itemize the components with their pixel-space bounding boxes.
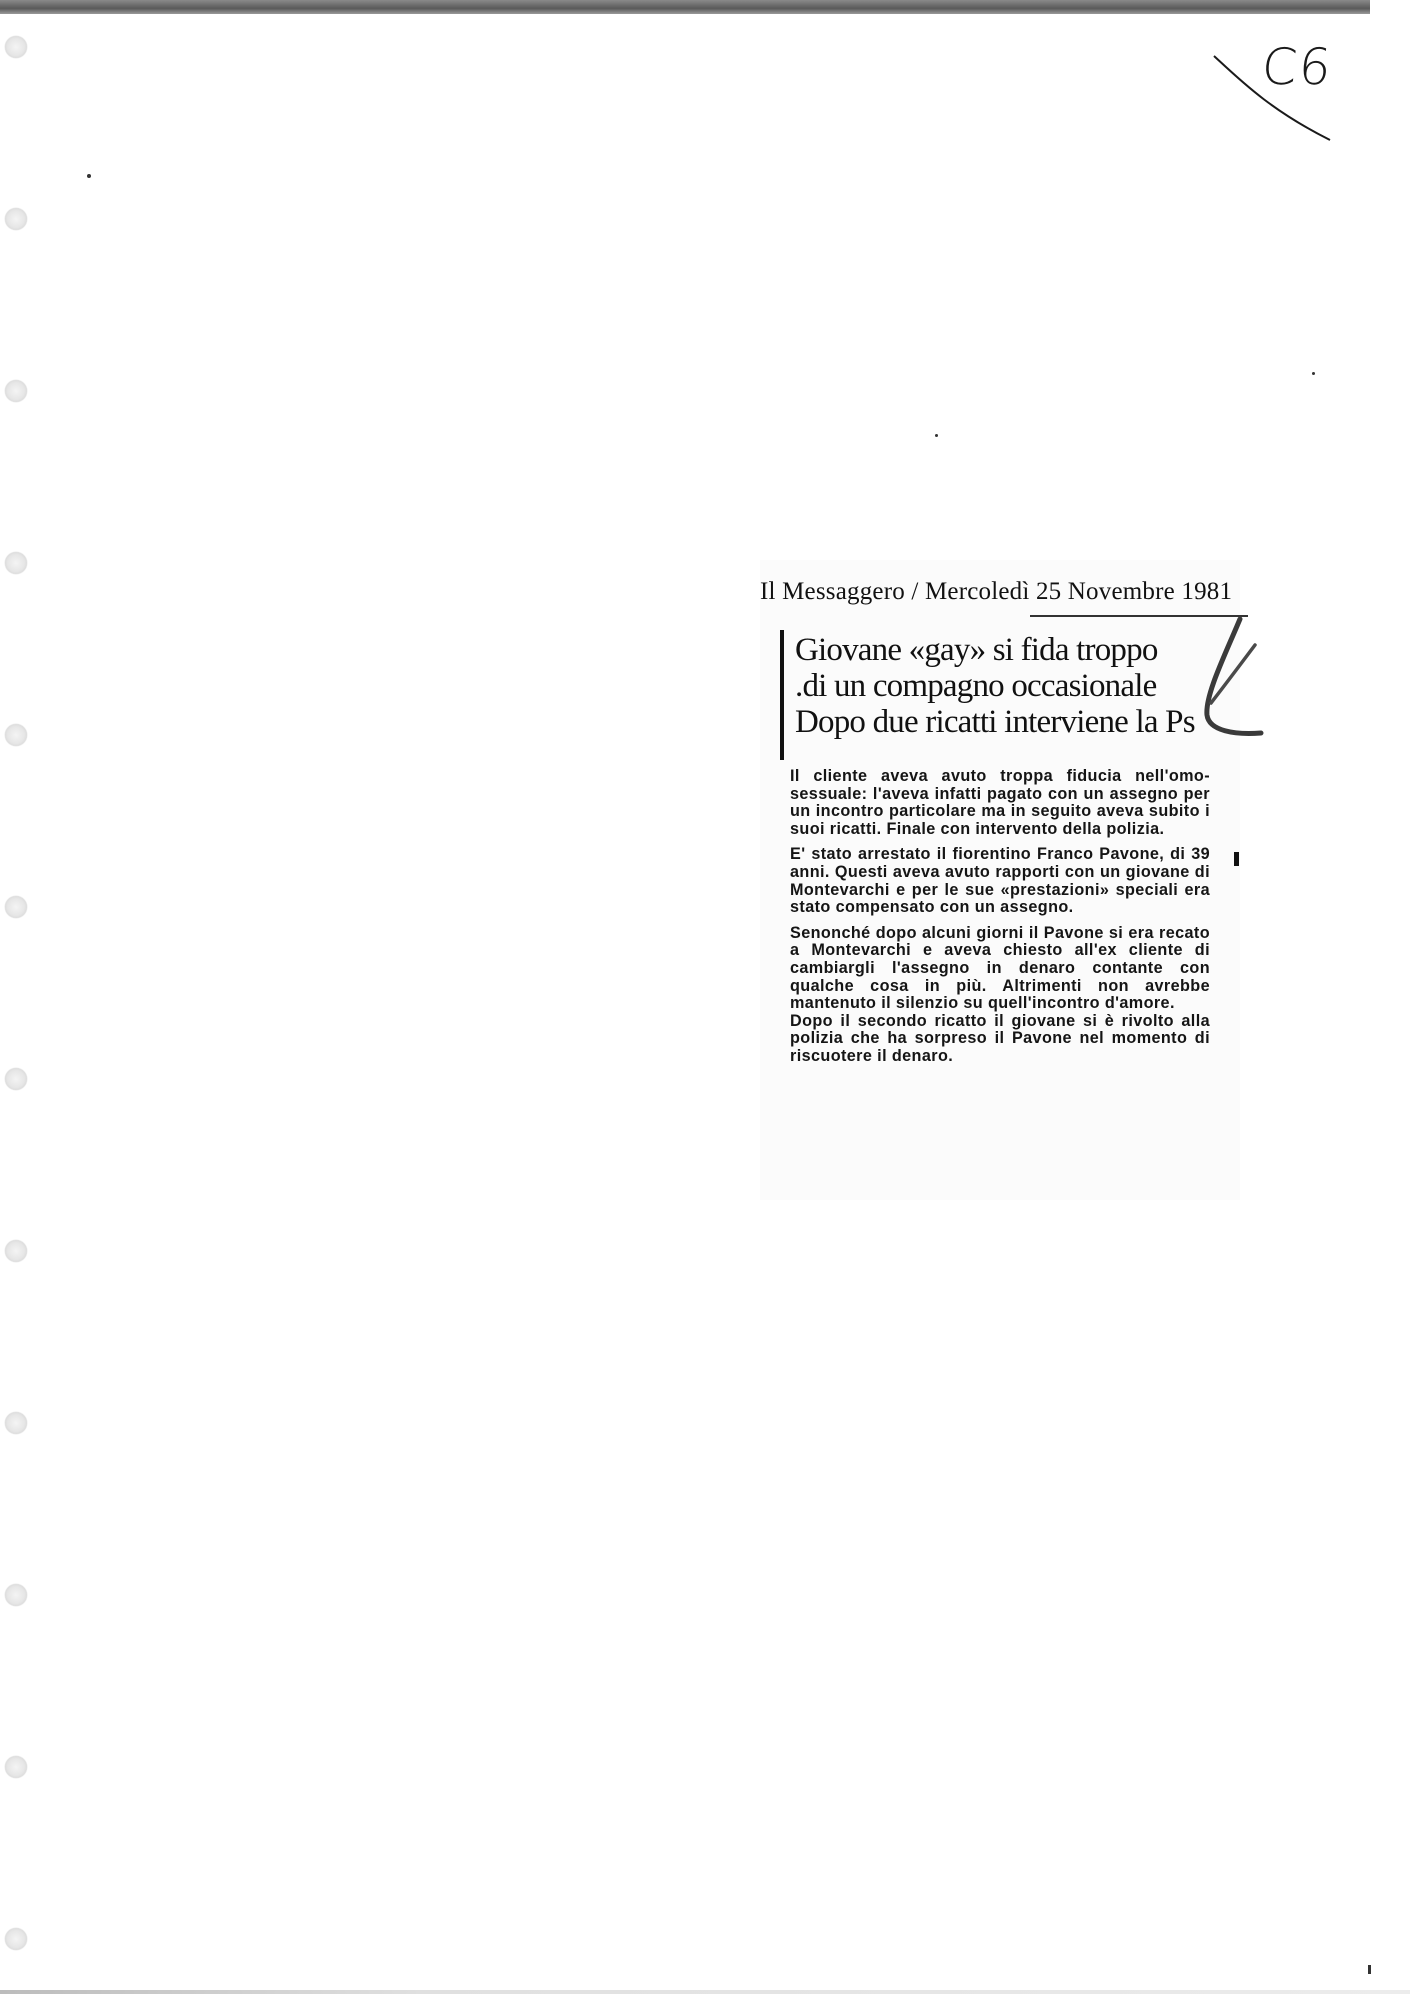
- scan-speck: [1368, 1965, 1371, 1974]
- hole-punch: [5, 1412, 27, 1434]
- column-rule: [780, 630, 784, 760]
- hole-punch: [5, 1928, 27, 1950]
- scan-speck: [87, 174, 91, 178]
- headline-line: .di un compagno occasionale: [795, 668, 1215, 704]
- hole-punch: [5, 1240, 27, 1262]
- handwritten-annotation: C6: [1259, 38, 1335, 96]
- hole-punch: [5, 896, 27, 918]
- article-paragraph: Il cliente aveva avuto troppa fiducia ne…: [790, 768, 1210, 838]
- hole-punch: [5, 724, 27, 746]
- scanner-bottom-border: [0, 1990, 1410, 1994]
- hole-punch: [5, 552, 27, 574]
- side-mark: [1234, 852, 1239, 866]
- hole-punch: [5, 1756, 27, 1778]
- hole-punch: [5, 208, 27, 230]
- hole-punch: [5, 1068, 27, 1090]
- headline: Giovane «gay» si fida troppo .di un comp…: [795, 632, 1215, 740]
- article-paragraph: Senonché dopo alcuni giorni il Pavone si…: [790, 925, 1210, 1013]
- hole-punch: [5, 36, 27, 58]
- article-body: Il cliente aveva avuto troppa fiducia ne…: [790, 768, 1210, 1074]
- scanner-top-border: [0, 0, 1370, 14]
- headline-line: Dopo due ricatti interviene la Ps: [795, 704, 1215, 740]
- hole-punch: [5, 380, 27, 402]
- hole-punch: [5, 1584, 27, 1606]
- headline-line: Giovane «gay» si fida troppo: [795, 632, 1215, 668]
- scan-speck: [1312, 372, 1315, 375]
- pen-mark-icon: [1195, 615, 1265, 745]
- masthead: Il Messaggero / Mercoledì 25 Novembre 19…: [760, 578, 1250, 606]
- article-paragraph: E' stato arrestato il fiorentino Franco …: [790, 846, 1210, 916]
- scan-speck: [935, 434, 938, 437]
- article-paragraph: Dopo il secondo ricatto il giovane si è …: [790, 1013, 1210, 1066]
